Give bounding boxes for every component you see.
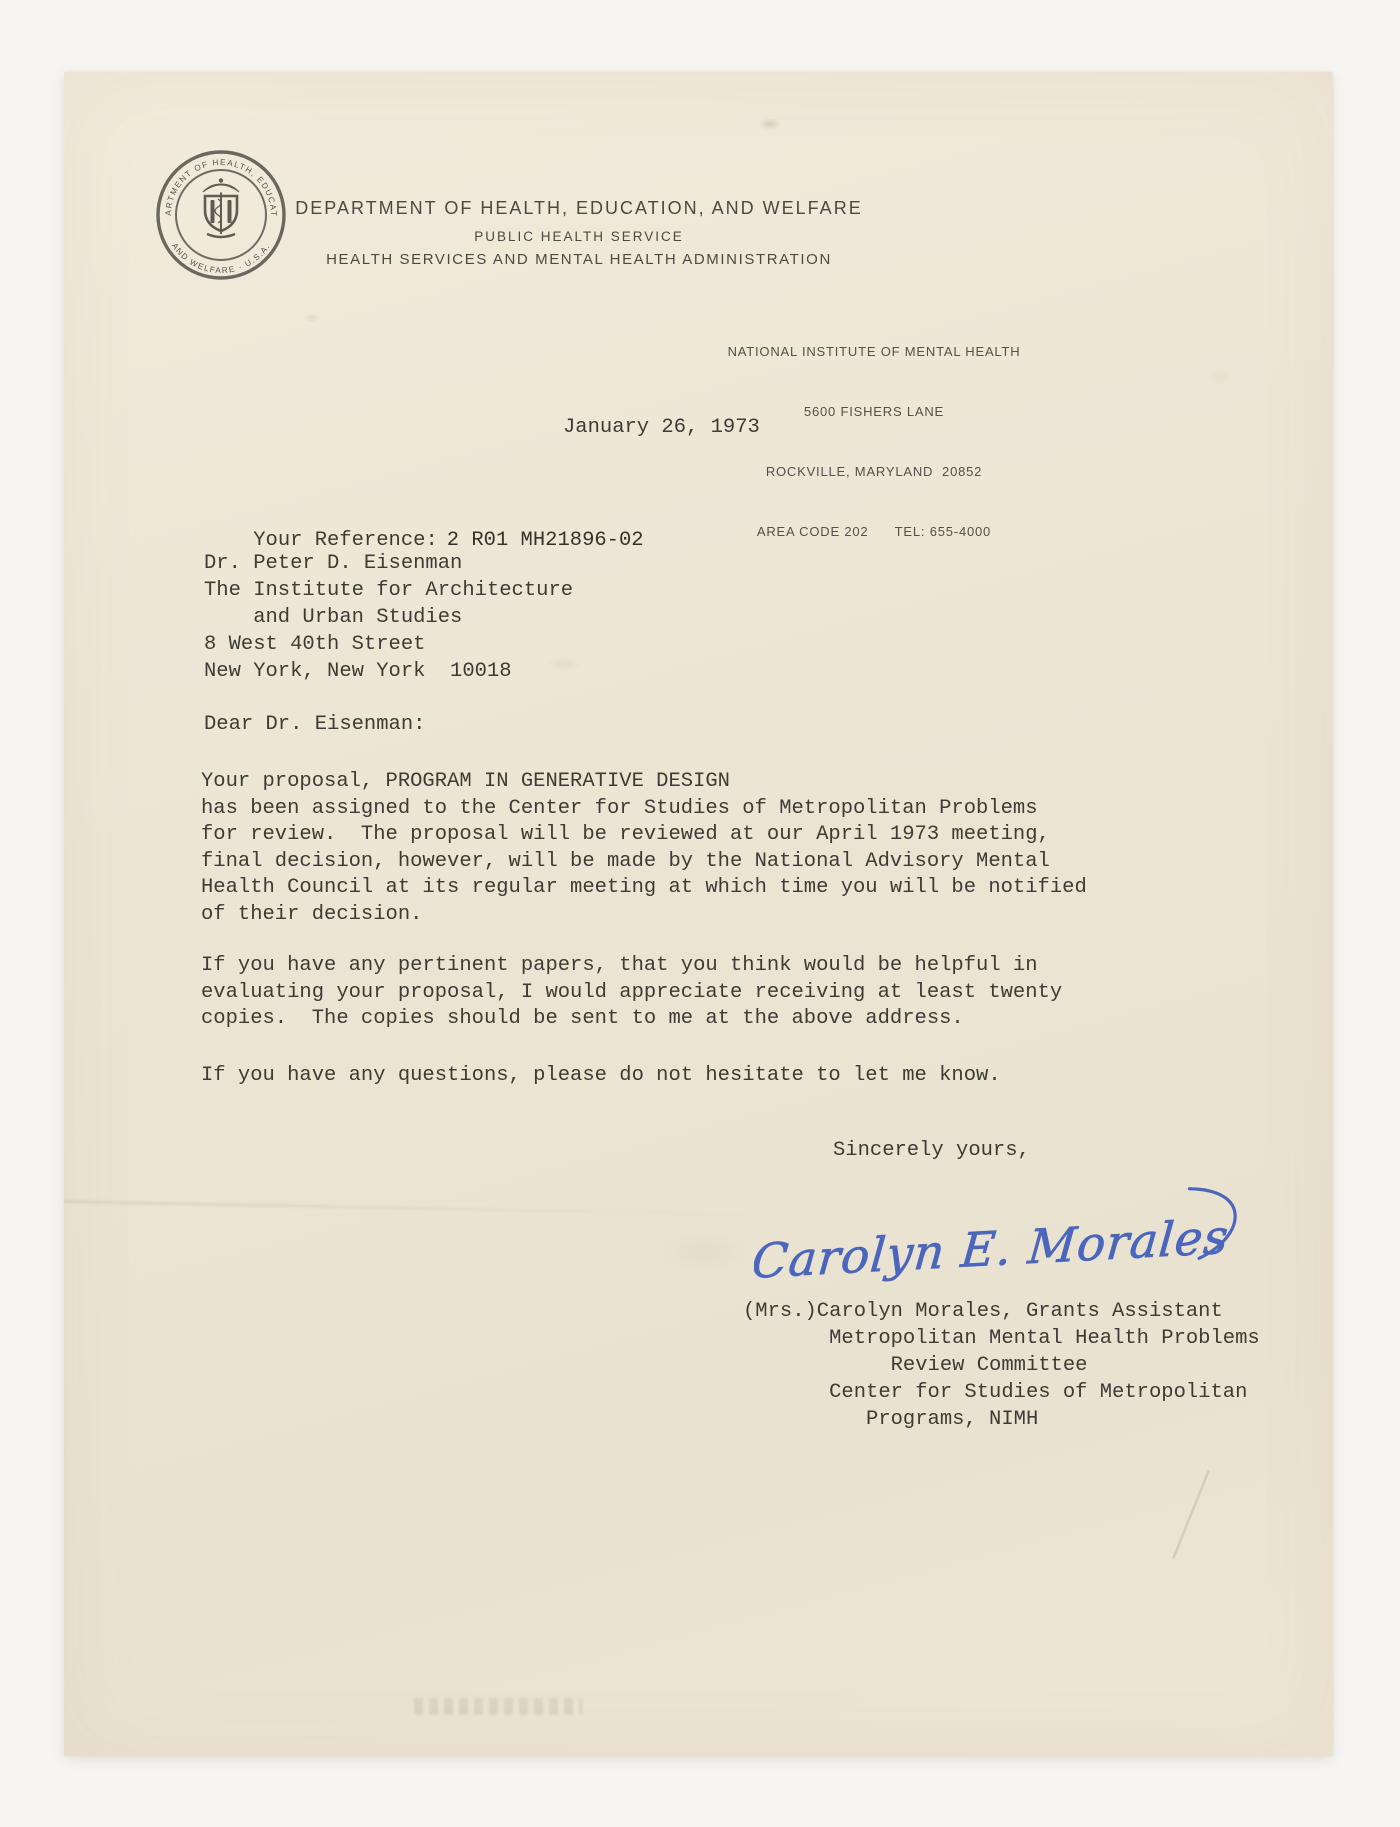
department-name: DEPARTMENT OF HEALTH, EDUCATION, AND WEL… [234,198,924,219]
signer-identity-block: (Mrs.)Carolyn Morales, Grants Assistant … [743,1298,1260,1433]
administration-name: HEALTH SERVICES AND MENTAL HEALTH ADMINI… [234,251,924,268]
office-phone: AREA CODE 202 TEL: 655-4000 [674,522,1074,542]
letterhead-block: DEPARTMENT OF HEALTH, EDUCATION, AND WEL… [234,198,924,268]
office-address-block: NATIONAL INSTITUTE OF MENTAL HEALTH 5600… [674,302,1074,582]
body-paragraph-1: Your proposal, PROGRAM IN GENERATIVE DES… [201,769,1087,928]
body-paragraph-3: If you have any questions, please do not… [201,1063,1001,1090]
closing-line: Sincerely yours, [833,1138,1030,1165]
scan-scratch-mark [1172,1470,1209,1559]
body-paragraph-2: If you have any pertinent papers, that y… [201,953,1062,1033]
signature-text: Carolyn E. Morales [754,1210,1231,1290]
letter-date: January 26, 1973 [563,415,760,442]
recipient-address: Dr. Peter D. Eisenman The Institute for … [204,550,573,685]
handwritten-signature: Carolyn E. Morales [754,1172,1274,1312]
office-city: ROCKVILLE, MARYLAND 20852 [674,462,1074,482]
office-name: NATIONAL INSTITUTE OF MENTAL HEALTH [674,342,1074,362]
service-name: PUBLIC HEALTH SERVICE [234,229,924,244]
paper-crease [64,1200,754,1216]
salutation: Dear Dr. Eisenman: [204,712,425,739]
reference-label: Your Reference: [253,529,438,552]
letter-page: DEPARTMENT OF HEALTH, EDUCATION AND WELF… [64,72,1332,1756]
reference-number: 2 R01 MH21896-02 [447,529,644,552]
ink-bleed-through-mark [414,1698,582,1715]
